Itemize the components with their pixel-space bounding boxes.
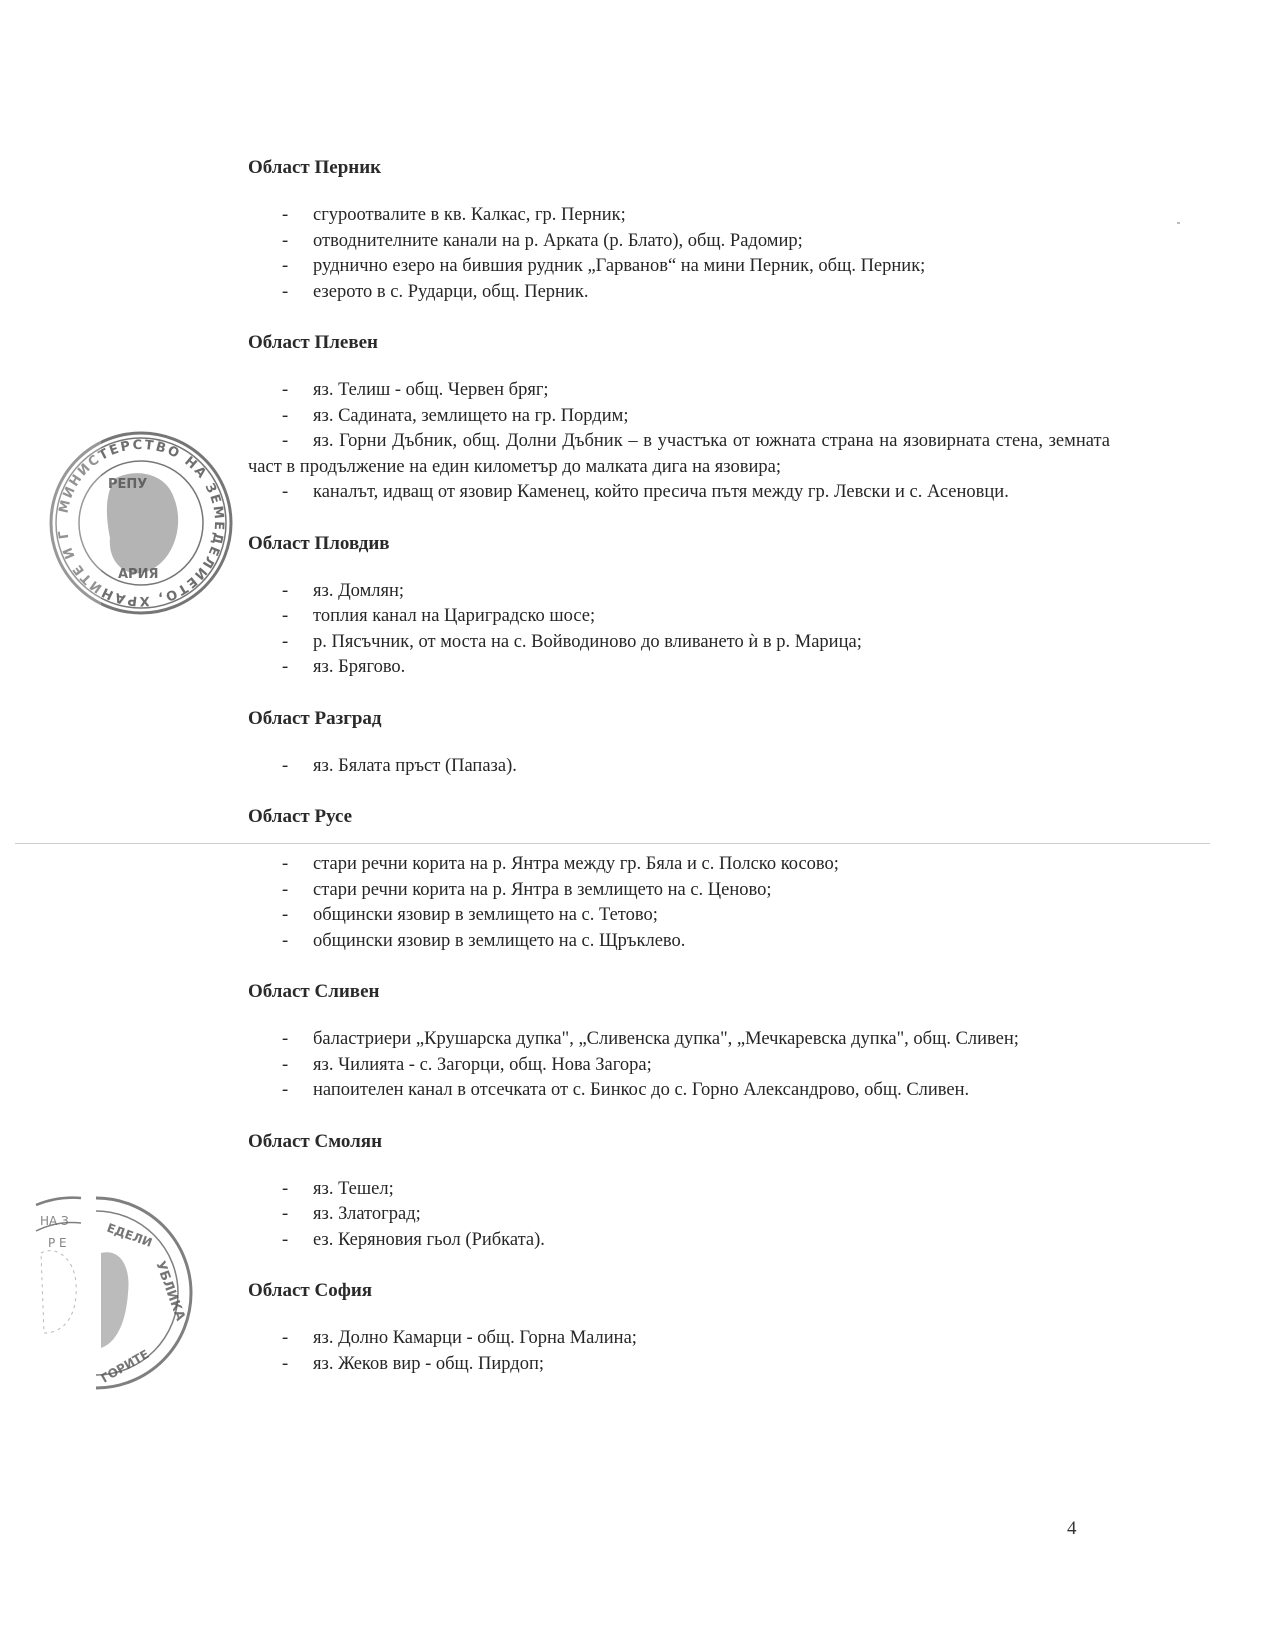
region-heading: Област Сливен <box>248 979 1110 1005</box>
list-item: -руднично езеро на бившия рудник „Гарван… <box>248 254 1110 280</box>
site-list: -стари речни корита на р. Янтра между гр… <box>248 852 1110 954</box>
list-item-text: напоителен канал в отсечката от с. Бинко… <box>313 1080 969 1100</box>
svg-text:ГОРИТЕ: ГОРИТЕ <box>99 1347 152 1386</box>
bullet-dash: - <box>282 630 288 656</box>
site-list: -баластриери „Крушарска дупка", „Сливенс… <box>248 1027 1110 1104</box>
page-number: 4 <box>1067 1518 1077 1540</box>
list-item: -сгуроотвалите в кв. Калкас, гр. Перник; <box>248 203 1110 229</box>
region-section: Област Перник-сгуроотвалите в кв. Калкас… <box>248 155 1110 305</box>
svg-text:НА З: НА З <box>40 1214 69 1228</box>
bullet-dash: - <box>282 655 288 681</box>
list-item: -напоителен канал в отсечката от с. Бинк… <box>248 1078 1110 1104</box>
bullet-dash: - <box>282 1027 288 1053</box>
list-item-text: баластриери „Крушарска дупка", „Сливенск… <box>313 1029 1019 1049</box>
bullet-dash: - <box>282 378 288 404</box>
region-section: Област София-яз. Долно Камарци - общ. Го… <box>248 1278 1110 1377</box>
list-item-text: езерото в с. Рударци, общ. Перник. <box>313 282 588 302</box>
region-heading: Област Перник <box>248 155 1110 181</box>
list-item-text: яз. Домлян; <box>313 581 404 601</box>
list-item: -яз. Чилията - с. Загорци, общ. Нова Заг… <box>248 1053 1110 1079</box>
bullet-dash: - <box>282 1053 288 1079</box>
list-item-text: стари речни корита на р. Янтра в землище… <box>313 880 772 900</box>
region-heading: Област Пловдив <box>248 531 1110 557</box>
bullet-dash: - <box>282 852 288 878</box>
official-seal-icon: МИНИСТЕРСТВО НА ЗЕМЕДЕЛИЕТО, ХРАНИТЕ И Г… <box>46 428 236 618</box>
list-item-text: яз. Садината, землището на гр. Пордим; <box>313 406 628 426</box>
region-section: Област Сливен-баластриери „Крушарска дуп… <box>248 979 1110 1104</box>
bullet-dash: - <box>282 404 288 430</box>
bullet-dash: - <box>282 1202 288 1228</box>
list-item-text: сгуроотвалите в кв. Калкас, гр. Перник; <box>313 205 626 225</box>
list-item-text: яз. Горни Дъбник, общ. Долни Дъбник – в … <box>248 431 1110 477</box>
site-list: -сгуроотвалите в кв. Калкас, гр. Перник;… <box>248 203 1110 305</box>
list-item: -стари речни корита на р. Янтра между гр… <box>248 852 1110 878</box>
bullet-dash: - <box>282 903 288 929</box>
list-item: -яз. Долно Камарци - общ. Горна Малина; <box>248 1326 1110 1352</box>
list-item-text: отводнителните канали на р. Арката (р. Б… <box>313 231 803 251</box>
region-heading: Област Смолян <box>248 1129 1110 1155</box>
svg-text:УБЛИКА: УБЛИКА <box>152 1259 187 1323</box>
bullet-dash: - <box>282 1078 288 1104</box>
list-item-text: яз. Телиш - общ. Червен бряг; <box>313 380 549 400</box>
list-item: -яз. Садината, землището на гр. Пордим; <box>248 404 1110 430</box>
region-heading: Област София <box>248 1278 1110 1304</box>
list-item: -р. Пясъчник, от моста на с. Войводиново… <box>248 630 1110 656</box>
list-item: -отводнителните канали на р. Арката (р. … <box>248 229 1110 255</box>
scan-speck <box>1177 222 1180 224</box>
region-section: Област Смолян-яз. Тешел;-яз. Златоград;-… <box>248 1129 1110 1254</box>
bullet-dash: - <box>282 878 288 904</box>
list-item-text: яз. Златоград; <box>313 1204 421 1224</box>
region-heading: Област Плевен <box>248 330 1110 356</box>
bullet-dash: - <box>282 429 288 455</box>
site-list: -яз. Долно Камарци - общ. Горна Малина;-… <box>248 1326 1110 1377</box>
list-item-text: яз. Жеков вир - общ. Пирдоп; <box>313 1354 544 1374</box>
list-item-text: стари речни корита на р. Янтра между гр.… <box>313 854 839 874</box>
list-item: -яз. Телиш - общ. Червен бряг; <box>248 378 1110 404</box>
region-heading: Област Разград <box>248 706 1110 732</box>
list-item-text: яз. Чилията - с. Загорци, общ. Нова Заго… <box>313 1055 652 1075</box>
list-item-text: яз. Тешел; <box>313 1179 394 1199</box>
list-item: -общински язовир в землището на с. Тетов… <box>248 903 1110 929</box>
list-item-text: ез. Керяновия гьол (Рибката). <box>313 1230 545 1250</box>
list-item: -яз. Златоград; <box>248 1202 1110 1228</box>
list-item-text: яз. Бялата пръст (Папаза). <box>313 756 517 776</box>
bullet-dash: - <box>282 929 288 955</box>
list-item: -яз. Тешел; <box>248 1177 1110 1203</box>
official-seal-icon: НА З Р Е ЕДЕЛИ УБЛИКА ГОРИТЕ <box>26 1183 206 1403</box>
svg-text:РЕПУ: РЕПУ <box>108 477 147 492</box>
region-heading: Област Русе <box>248 804 1110 830</box>
list-item: -езерото в с. Рударци, общ. Перник. <box>248 280 1110 306</box>
site-list: -яз. Тешел;-яз. Златоград;-ез. Керяновия… <box>248 1177 1110 1254</box>
list-item: -яз. Горни Дъбник, общ. Долни Дъбник – в… <box>248 429 1110 480</box>
list-item: -яз. Бялата пръст (Папаза). <box>248 754 1110 780</box>
list-item-text: общински язовир в землището на с. Тетово… <box>313 905 658 925</box>
list-item: -каналът, идващ от язовир Каменец, който… <box>248 480 1110 506</box>
svg-text:ЕДЕЛИ: ЕДЕЛИ <box>105 1221 154 1250</box>
region-section: Област Пловдив-яз. Домлян;-топлия канал … <box>248 531 1110 681</box>
document-page: МИНИСТЕРСТВО НА ЗЕМЕДЕЛИЕТО, ХРАНИТЕ И Г… <box>0 0 1275 1650</box>
bullet-dash: - <box>282 1352 288 1378</box>
bullet-dash: - <box>282 1326 288 1352</box>
bullet-dash: - <box>282 480 288 506</box>
svg-text:Р Е: Р Е <box>48 1236 67 1250</box>
site-list: -яз. Телиш - общ. Червен бряг;-яз. Садин… <box>248 378 1110 506</box>
list-item: -стари речни корита на р. Янтра в землищ… <box>248 878 1110 904</box>
site-list: -яз. Домлян;-топлия канал на Цариградско… <box>248 579 1110 681</box>
bullet-dash: - <box>282 579 288 605</box>
bullet-dash: - <box>282 280 288 306</box>
list-item-text: общински язовир в землището на с. Щръкле… <box>313 931 685 951</box>
region-section: Област Русе-стари речни корита на р. Янт… <box>248 804 1110 954</box>
list-item: -яз. Жеков вир - общ. Пирдоп; <box>248 1352 1110 1378</box>
list-item-text: руднично езеро на бившия рудник „Гарвано… <box>313 256 925 276</box>
list-item-text: топлия канал на Цариградско шосе; <box>313 606 595 626</box>
list-item: -ез. Керяновия гьол (Рибката). <box>248 1228 1110 1254</box>
list-item-text: яз. Долно Камарци - общ. Горна Малина; <box>313 1328 637 1348</box>
list-item-text: яз. Брягово. <box>313 657 405 677</box>
bullet-dash: - <box>282 1177 288 1203</box>
list-item-text: каналът, идващ от язовир Каменец, който … <box>313 482 1009 502</box>
bullet-dash: - <box>282 604 288 630</box>
bullet-dash: - <box>282 229 288 255</box>
bullet-dash: - <box>282 203 288 229</box>
svg-text:АРИЯ: АРИЯ <box>118 567 158 582</box>
site-list: -яз. Бялата пръст (Папаза). <box>248 754 1110 780</box>
list-item: -топлия канал на Цариградско шосе; <box>248 604 1110 630</box>
list-item: -яз. Брягово. <box>248 655 1110 681</box>
list-item: -общински язовир в землището на с. Щръкл… <box>248 929 1110 955</box>
list-item-text: р. Пясъчник, от моста на с. Войводиново … <box>313 632 862 652</box>
svg-text:МИНИСТЕРСТВО НА ЗЕМЕДЕЛИЕТО, Х: МИНИСТЕРСТВО НА ЗЕМЕДЕЛИЕТО, ХРАНИТЕ И Г… <box>46 428 226 608</box>
document-body: Област Перник-сгуроотвалите в кв. Калкас… <box>248 155 1110 1402</box>
bullet-dash: - <box>282 754 288 780</box>
bullet-dash: - <box>282 1228 288 1254</box>
list-item: -яз. Домлян; <box>248 579 1110 605</box>
bullet-dash: - <box>282 254 288 280</box>
region-section: Област Плевен-яз. Телиш - общ. Червен бр… <box>248 330 1110 506</box>
region-section: Област Разград-яз. Бялата пръст (Папаза)… <box>248 706 1110 780</box>
list-item: -баластриери „Крушарска дупка", „Сливенс… <box>248 1027 1110 1053</box>
